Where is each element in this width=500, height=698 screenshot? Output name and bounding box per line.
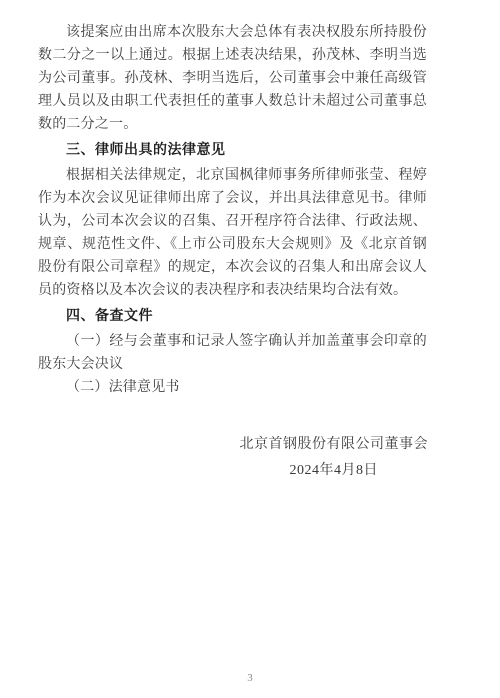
signature-block: 北京首钢股份有限公司董事会 2024年4月8日 [240,432,429,484]
paragraph-legal-opinion: 根据相关法律规定，北京国枫律师事务所律师张莹、程婷作为本次会议见证律师出席了会议… [38,164,427,302]
document-page: 该提案应由出席本次股东大会总体有表决权股东所持股份数二分之一以上通过。根据上述表… [0,0,500,698]
signature-date: 2024年4月8日 [240,458,429,484]
section-heading-reference-documents: 四、备查文件 [38,305,427,329]
paragraph-reference-document-2: （二）法律意见书 [38,376,427,399]
page-number: 3 [0,672,500,684]
document-body: 该提案应由出席本次股东大会总体有表决权股东所持股份数二分之一以上通过。根据上述表… [38,21,427,399]
signature-company: 北京首钢股份有限公司董事会 [240,432,429,458]
paragraph-vote-result: 该提案应由出席本次股东大会总体有表决权股东所持股份数二分之一以上通过。根据上述表… [38,21,427,136]
section-heading-legal-opinion: 三、律师出具的法律意见 [38,139,427,163]
paragraph-reference-document-1: （一）经与会董事和记录人签字确认并加盖董事会印章的股东大会决议 [38,330,427,376]
